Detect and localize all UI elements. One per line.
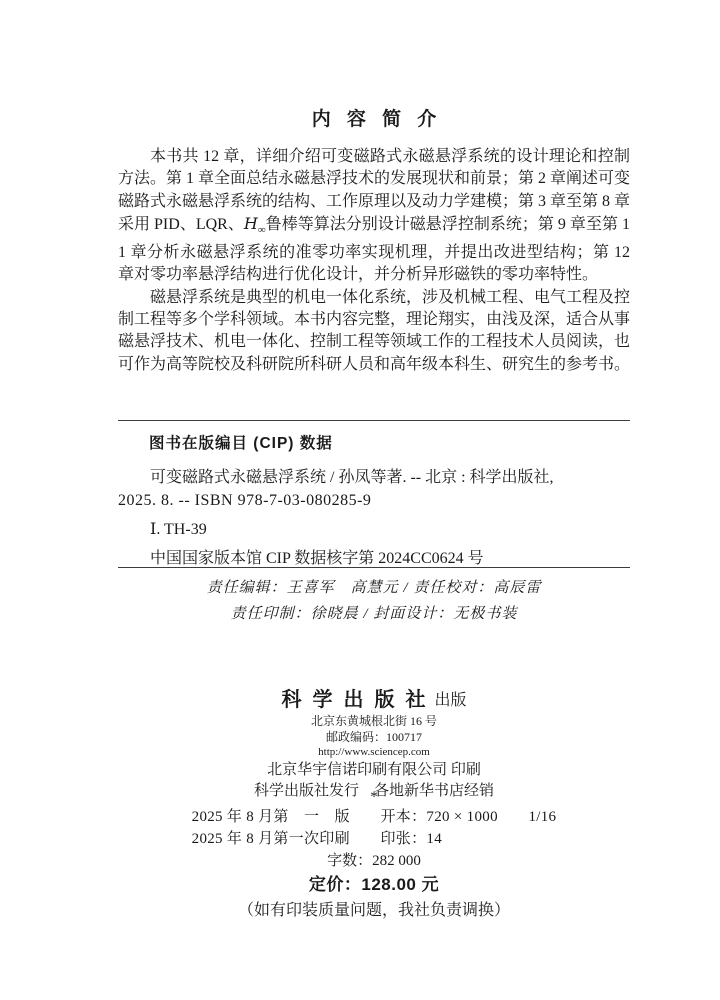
price-line: 定价：128.00 元 xyxy=(118,872,630,898)
cip-header: 图书在版编目 (CIP) 数据 xyxy=(118,431,630,453)
quality-note: （如有印装质量问题，我社负责调换） xyxy=(118,899,630,923)
page-title: 内容简介 xyxy=(312,104,453,131)
title-block: 内容简介 xyxy=(118,104,630,131)
printer-line: 北京华宇信诺印刷有限公司 印刷 xyxy=(118,760,630,781)
publisher-block: 科学出版社 出版 北京东黄城根北街 16 号 邮政编码：100717 http:… xyxy=(118,688,630,802)
publisher-logo: 科学出版社 xyxy=(281,688,436,712)
publisher-logo-line: 科学出版社 出版 xyxy=(118,688,630,713)
publisher-address: 北京东黄城根北街 16 号 xyxy=(118,713,630,729)
asterisk-divider: * xyxy=(118,789,630,806)
staff-credits: 责任编辑：王喜军 高慧元 / 责任校对：高辰雷 责任印制：徐晓晨 / 封面设计：… xyxy=(118,575,630,627)
colophon-block: * 2025 年 8 月第 一 版 开本：720 × 1000 1/16 202… xyxy=(118,789,630,923)
credits-editors-line: 责任编辑：王喜军 高慧元 / 责任校对：高辰雷 xyxy=(118,575,630,601)
cip-registry-number: 中国国家版本馆 CIP 数据核字第 2024CC0624 号 xyxy=(118,547,630,570)
h-infinity-symbol: H xyxy=(244,214,258,233)
publisher-postcode: 邮政编码：100717 xyxy=(118,729,630,745)
publisher-website: http://www.sciencep.com xyxy=(118,745,630,759)
cip-block: 图书在版编目 (CIP) 数据 可变磁路式永磁悬浮系统 / 孙凤等著. -- 北… xyxy=(118,420,630,568)
infinity-subscript: ∞ xyxy=(258,224,266,236)
cip-isbn-line: 2025. 8. -- ISBN 978-7-03-080285-9 xyxy=(118,489,630,512)
cip-classification: Ⅰ. TH-39 xyxy=(118,518,630,541)
printing-line: 2025 年 8 月第一次印刷 印张：14 xyxy=(192,828,557,850)
intro-paragraph-2: 磁悬浮系统是典型的机电一体化系统，涉及机械工程、电气工程及控制工程等多个学科领域… xyxy=(118,287,630,377)
edition-info: 2025 年 8 月第 一 版 开本：720 × 1000 1/16 2025 … xyxy=(192,806,557,850)
cip-title-line: 可变磁路式永磁悬浮系统 / 孙凤等著. -- 北京 : 科学出版社, xyxy=(118,466,630,489)
publisher-logo-suffix: 出版 xyxy=(434,692,466,709)
word-count-line: 字数：282 000 xyxy=(118,850,630,872)
copyright-page: 内容简介 本书共 12 章，详细介绍可变磁路式永磁悬浮系统的设计理论和控制方法。… xyxy=(0,0,720,1000)
credits-print-design-line: 责任印制：徐晓晨 / 封面设计：无极书装 xyxy=(118,601,630,627)
intro-paragraph-1: 本书共 12 章，详细介绍可变磁路式永磁悬浮系统的设计理论和控制方法。第 1 章… xyxy=(118,146,630,287)
intro-section: 本书共 12 章，详细介绍可变磁路式永磁悬浮系统的设计理论和控制方法。第 1 章… xyxy=(118,146,630,376)
edition-line: 2025 年 8 月第 一 版 开本：720 × 1000 1/16 xyxy=(192,806,557,828)
